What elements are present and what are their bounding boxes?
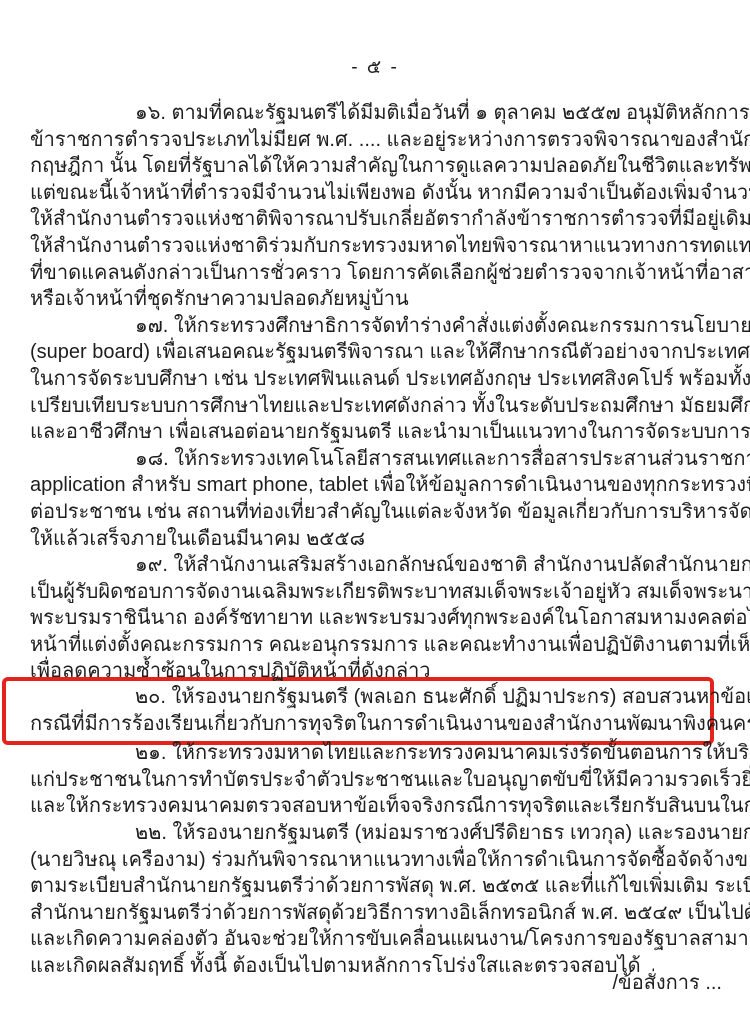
- text-line: ที่ขาดแคลนดังกล่าวเป็นการชั่วคราว โดยการ…: [30, 260, 720, 287]
- scanned-document-page: - ๕ - ๑๖. ตามที่คณะรัฐมนตรีได้มีมติเมื่อ…: [0, 0, 750, 1030]
- text-line: ๑๖. ตามที่คณะรัฐมนตรีได้มีมติเมื่อวันที่…: [30, 100, 720, 127]
- paragraph-16: ๑๖. ตามที่คณะรัฐมนตรีได้มีมติเมื่อวันที่…: [30, 100, 720, 313]
- text-line: ๒๒. ให้รองนายกรัฐมนตรี (หม่อมราชวงศ์ปรีด…: [30, 820, 720, 847]
- paragraph-21: ๒๑. ให้กระทรวงมหาดไทยและกระทรวงคมนาคมเร่…: [30, 740, 720, 820]
- text-line: แก่ประชาชนในการทำบัตรประจำตัวประชาชนและใ…: [30, 767, 720, 794]
- text-line: แต่ขณะนี้เจ้าหน้าที่ตำรวจมีจำนวนไม่เพียง…: [30, 180, 720, 207]
- text-line: หรือเจ้าหน้าที่ชุดรักษาความปลอดภัยหมู่บ้…: [30, 286, 720, 313]
- text-line: ข้าราชการตำรวจประเภทไม่มียศ พ.ศ. .... แล…: [30, 127, 720, 154]
- text-line: ให้สำนักงานตำรวจแห่งชาติพิจารณาปรับเกลี่…: [30, 206, 720, 233]
- text-line: และเกิดความคล่องตัว อันจะช่วยให้การขับเค…: [30, 926, 720, 953]
- paragraph-17: ๑๗. ให้กระทรวงศึกษาธิการจัดทำร่างคำสั่งแ…: [30, 313, 720, 446]
- text-line: application สำหรับ smart phone, tablet เ…: [30, 472, 720, 499]
- page-number: - ๕ -: [0, 52, 750, 82]
- text-line: ตามระเบียบสำนักนายกรัฐมนตรีว่าด้วยการพัส…: [30, 873, 720, 900]
- text-line: ต่อประชาชน เช่น สถานที่ท่องเที่ยวสำคัญใน…: [30, 499, 720, 526]
- paragraph-18: ๑๘. ให้กระทรวงเทคโนโลยีสารสนเทศและการสื่…: [30, 446, 720, 552]
- text-line: ๑๘. ให้กระทรวงเทคโนโลยีสารสนเทศและการสื่…: [30, 446, 720, 473]
- continuation-note: /ข้อสั่งการ ...: [612, 966, 722, 998]
- text-line: ในการจัดระบบศึกษา เช่น ประเทศฟินแลนด์ ปร…: [30, 366, 720, 393]
- text-line: (นายวิษณุ เครืองาม) ร่วมกันพิจารณาหาแนวท…: [30, 847, 720, 874]
- text-line: สำนักนายกรัฐมนตรีว่าด้วยการพัสดุด้วยวิธี…: [30, 900, 720, 927]
- text-line: พระบรมราชินีนาถ องค์รัชทายาท และพระบรมวง…: [30, 605, 720, 632]
- text-line: ให้แล้วเสร็จภายในเดือนมีนาคม ๒๕๕๘: [30, 526, 720, 553]
- text-line: เป็นผู้รับผิดชอบการจัดงานเฉลิมพระเกียรติ…: [30, 579, 720, 606]
- paragraph-20-highlight-box: ๒๐. ให้รองนายกรัฐมนตรี (พลเอก ธนะศักดิ์ …: [2, 677, 714, 745]
- text-line: เปรียบเทียบระบบการศึกษาไทยและประเทศดังกล…: [30, 393, 720, 420]
- paragraph-22: ๒๒. ให้รองนายกรัฐมนตรี (หม่อมราชวงศ์ปรีด…: [30, 820, 720, 980]
- document-body: ๑๖. ตามที่คณะรัฐมนตรีได้มีมติเมื่อวันที่…: [30, 100, 720, 980]
- paragraph-19: ๑๙. ให้สำนักงานเสริมสร้างเอกลักษณ์ของชาต…: [30, 552, 720, 685]
- text-line: ให้สำนักงานตำรวจแห่งชาติร่วมกับกระทรวงมห…: [30, 233, 720, 260]
- text-line: ๒๑. ให้กระทรวงมหาดไทยและกระทรวงคมนาคมเร่…: [30, 740, 720, 767]
- text-line: และให้กระทรวงคมนาคมตรวจสอบหาข้อเท็จจริงก…: [30, 793, 720, 820]
- text-line: และอาชีวศึกษา เพื่อเสนอต่อนายกรัฐมนตรี แ…: [30, 419, 720, 446]
- text-line: (super board) เพื่อเสนอคณะรัฐมนตรีพิจารณ…: [30, 339, 720, 366]
- text-line: หน้าที่แต่งตั้งคณะกรรมการ คณะอนุกรรมการ …: [30, 632, 720, 659]
- text-line: ๑๙. ให้สำนักงานเสริมสร้างเอกลักษณ์ของชาต…: [30, 552, 720, 579]
- text-line: ๑๗. ให้กระทรวงศึกษาธิการจัดทำร่างคำสั่งแ…: [30, 313, 720, 340]
- text-line: ๒๐. ให้รองนายกรัฐมนตรี (พลเอก ธนะศักดิ์ …: [30, 684, 706, 711]
- text-line: กรณีที่มีการร้องเรียนเกี่ยวกับการทุจริตใ…: [30, 711, 706, 738]
- text-line: กฤษฎีกา นั้น โดยที่รัฐบาลได้ให้ความสำคัญ…: [30, 153, 720, 180]
